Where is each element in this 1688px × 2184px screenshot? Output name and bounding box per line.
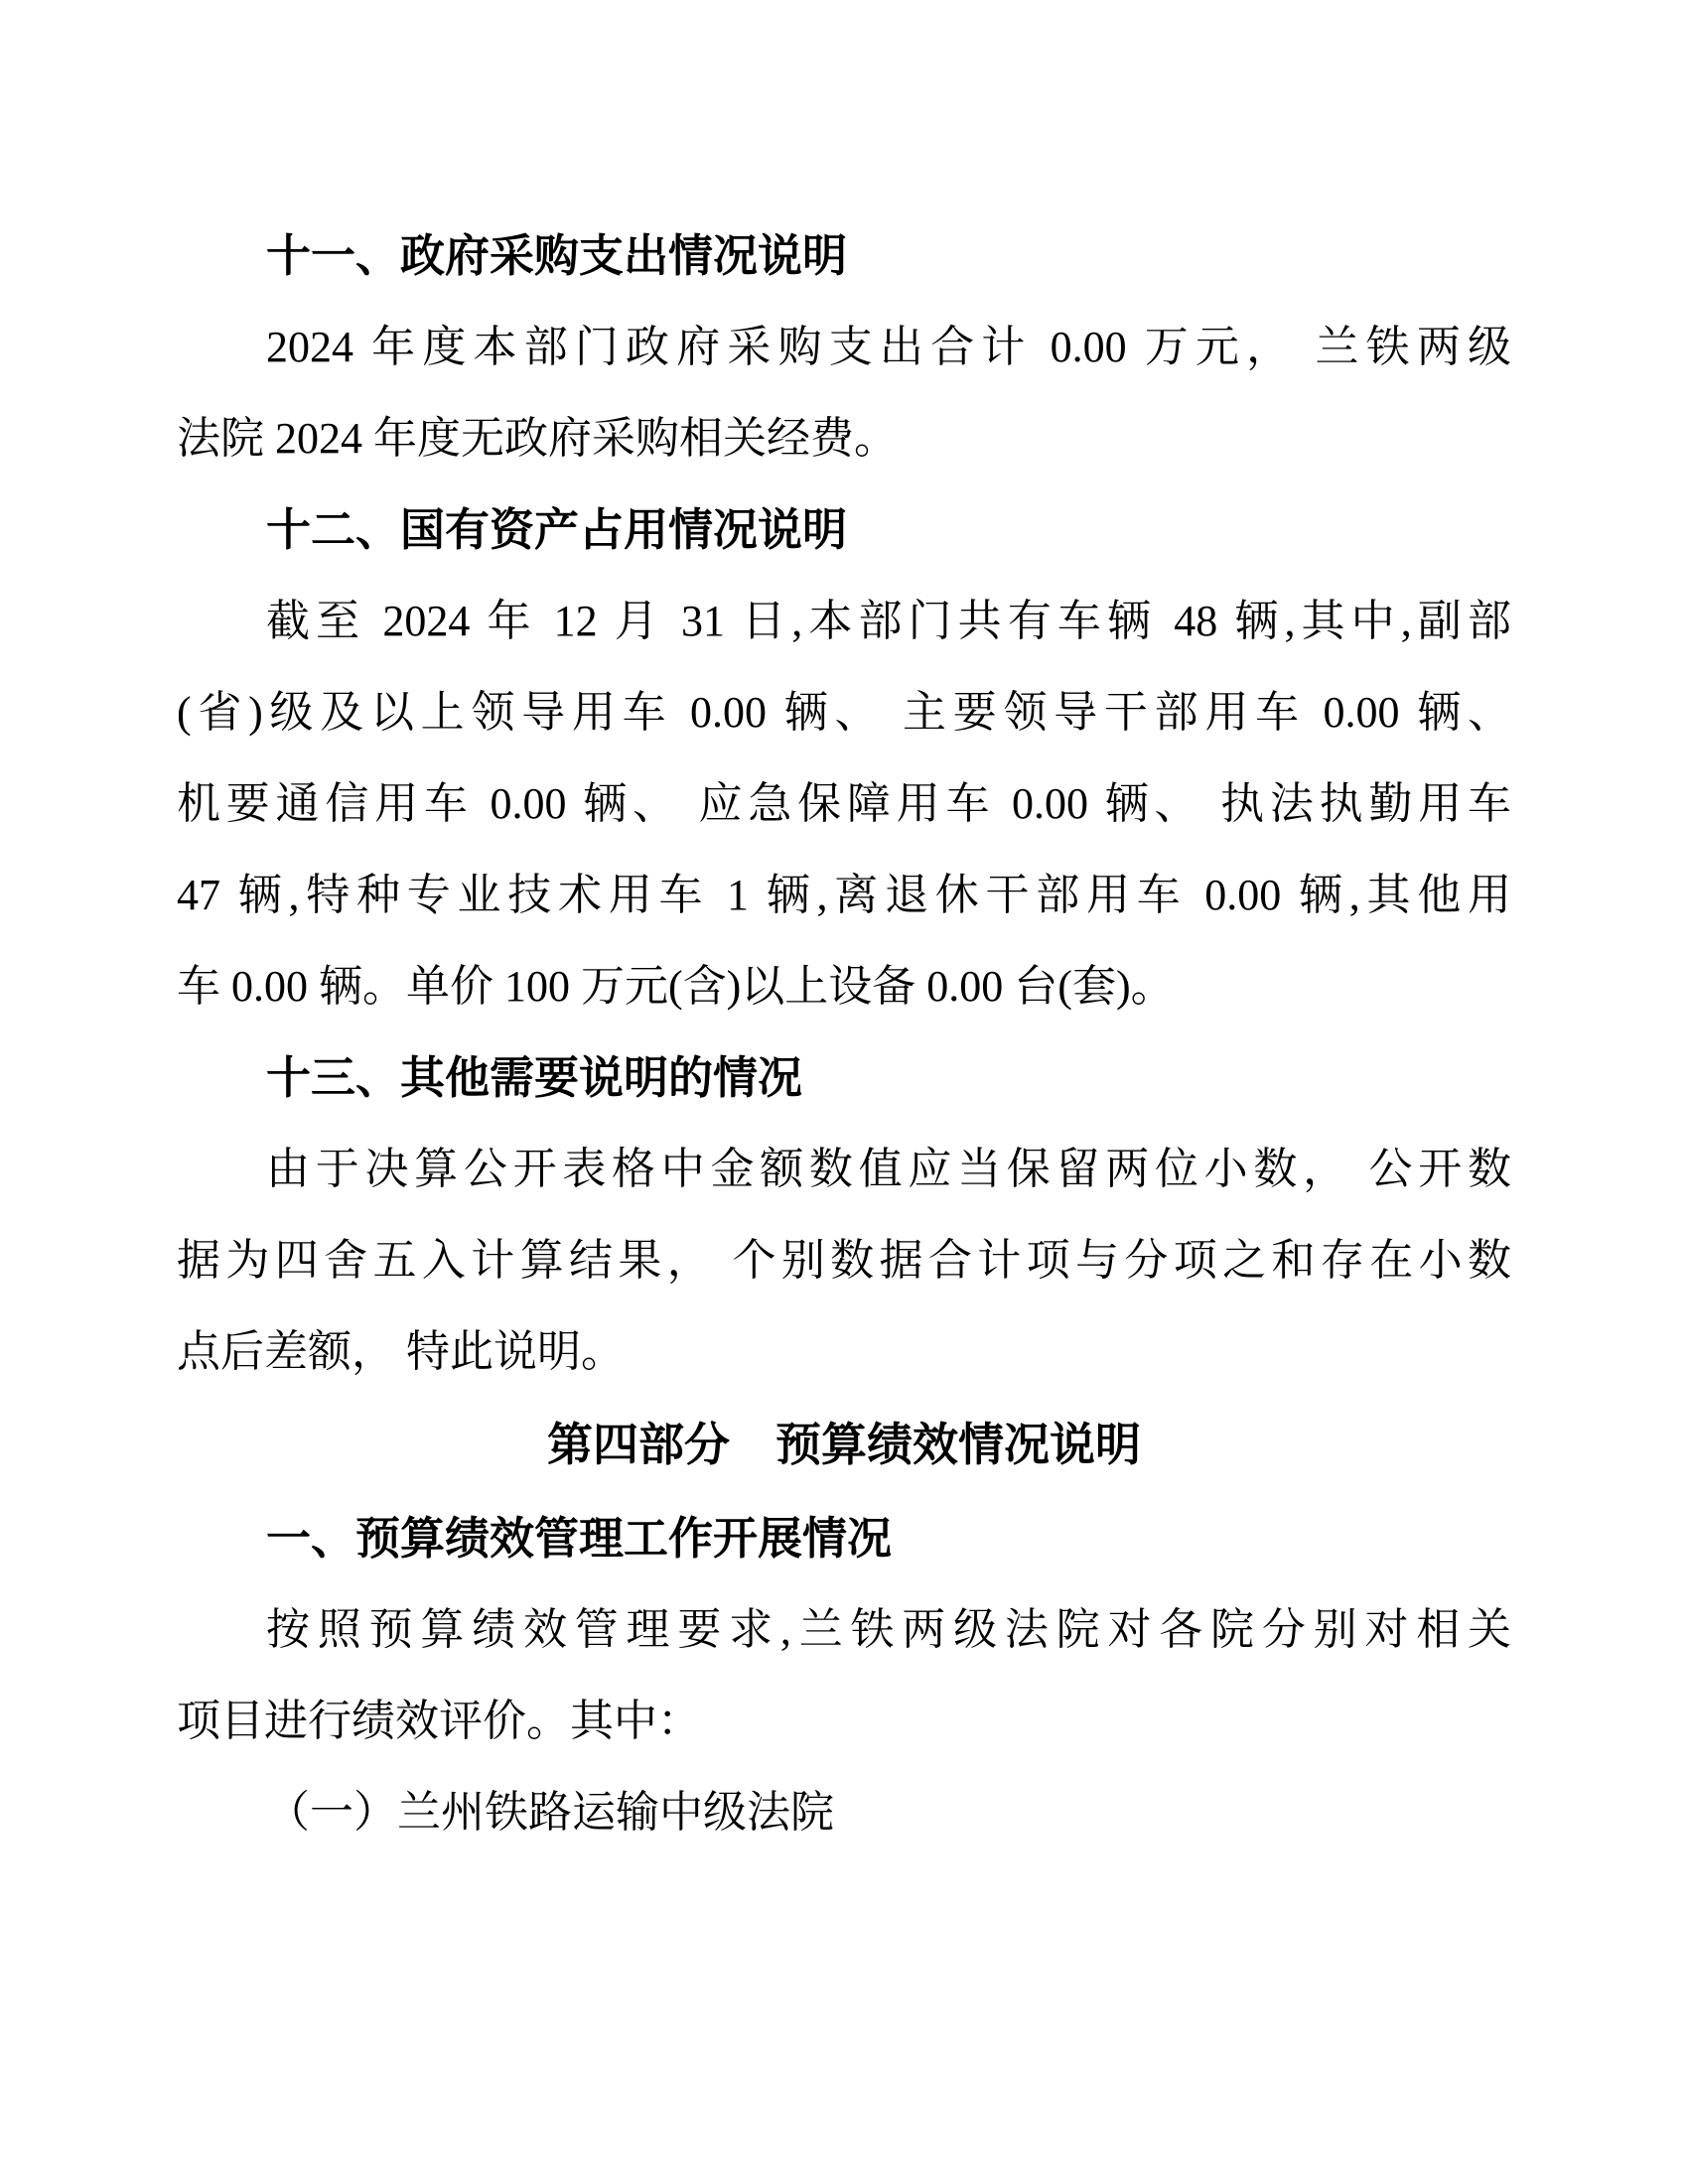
section-12-paragraph-line-3: 机要通信用车 0.00 辆、 应急保障用车 0.00 辆、 执法执勤用车 <box>177 758 1511 850</box>
section-13-paragraph-line-1: 由于决算公开表格中金额数值应当保留两位小数， 公开数 <box>177 1124 1511 1215</box>
part-4-section-1-paragraph-line-1: 按照预算绩效管理要求,兰铁两级法院对各院分别对相关 <box>177 1584 1511 1676</box>
section-12-paragraph-line-4: 47 辆,特种专业技术用车 1 辆,离退休干部用车 0.00 辆,其他用 <box>177 850 1511 941</box>
part-4-section-1-heading: 一、预算绩效管理工作开展情况 <box>177 1493 1511 1584</box>
part-4-subsection-1-heading: （一）兰州铁路运输中级法院 <box>177 1767 1511 1858</box>
section-12-paragraph-line-2: (省)级及以上领导用车 0.00 辆、 主要领导干部用车 0.00 辆、 <box>177 667 1511 758</box>
section-12-heading: 十二、国有资产占用情况说明 <box>177 484 1511 576</box>
section-11-paragraph-line-1: 2024 年度本部门政府采购支出合计 0.00 万元， 兰铁两级 <box>177 302 1511 393</box>
section-12-paragraph-line-5: 车 0.00 辆。单价 100 万元(含)以上设备 0.00 台(套)。 <box>177 941 1511 1032</box>
section-13-paragraph-line-3: 点后差额， 特此说明。 <box>177 1306 1511 1398</box>
section-13-paragraph-line-2: 据为四舍五入计算结果， 个别数据合计项与分项之和存在小数 <box>177 1215 1511 1306</box>
section-11-heading: 十一、政府采购支出情况说明 <box>177 210 1511 302</box>
section-11-paragraph-line-2: 法院 2024 年度无政府采购相关经费。 <box>177 393 1511 484</box>
part-4-heading: 第四部分 预算绩效情况说明 <box>177 1398 1511 1493</box>
section-13-heading: 十三、其他需要说明的情况 <box>177 1032 1511 1124</box>
document-page: 十一、政府采购支出情况说明 2024 年度本部门政府采购支出合计 0.00 万元… <box>0 0 1688 2184</box>
part-4-section-1-paragraph-line-2: 项目进行绩效评价。其中： <box>177 1676 1511 1767</box>
section-12-paragraph-line-1: 截至 2024 年 12 月 31 日,本部门共有车辆 48 辆,其中,副部 <box>177 576 1511 667</box>
